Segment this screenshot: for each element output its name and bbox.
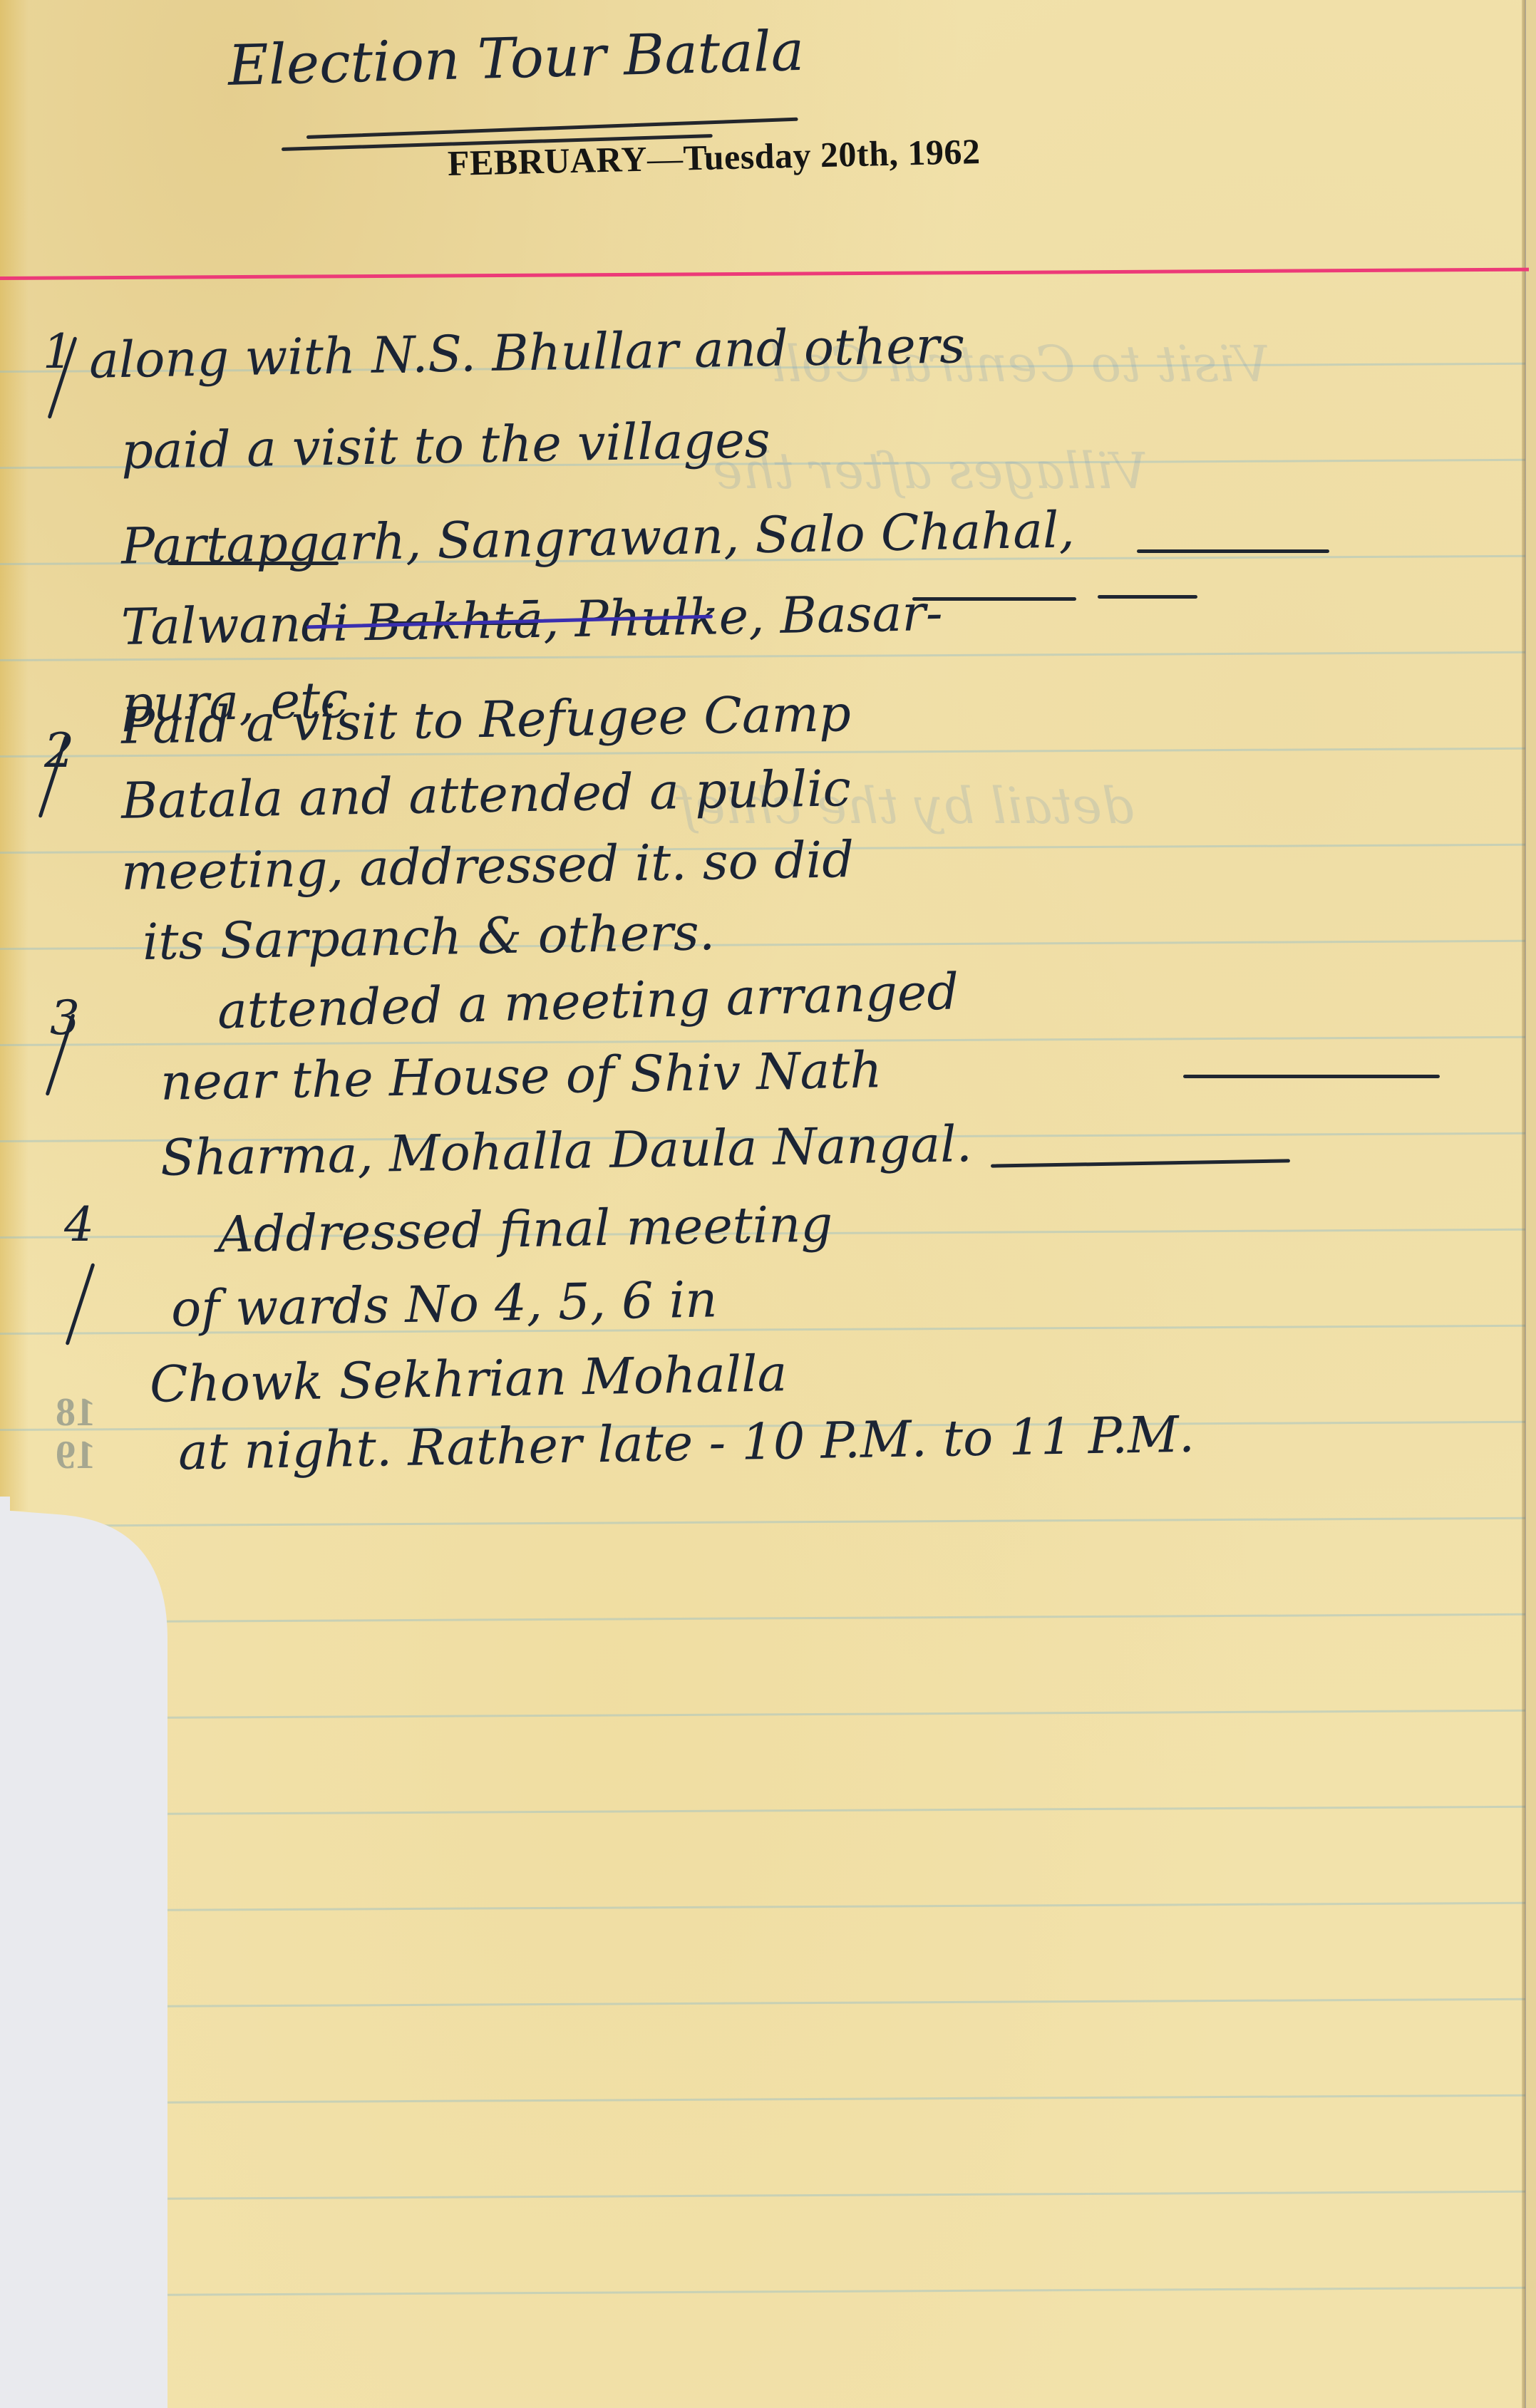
ruled-line [0,1613,1525,1623]
underline-phulke [912,597,1076,601]
entry-1-line-1: along with N.S. Bhullar and others [88,320,965,385]
underline-shiv-nath [1183,1075,1440,1078]
entry-3-line-3: Sharma, Mohalla Daula Nangal. [160,1119,972,1183]
date-weekday: Tuesday 20th, 1962 [683,131,981,177]
reverse-page-number: 19 [56,1432,96,1478]
ruled-line [0,1998,1525,2008]
ruled-line [0,1902,1525,1912]
ruled-line [0,2287,1525,2297]
entry-2-line-2: Batala and attended a public [120,763,851,826]
entry-3-line-2: near the House of Shiv Nath [160,1045,882,1107]
underline-talwandi [167,562,339,565]
entry-2-line-4: its Sarpanch & others. [142,907,715,967]
entry-4-line-2: of wards No 4, 5, 6 in [170,1274,717,1333]
entry-number: 4 [64,1197,94,1252]
entry-2-line-1: Paid a visit to Refugee Camp [120,688,851,751]
page-edge-strip [1526,0,1536,2408]
scanned-diary-page: Visit to Central Coll Villages after the… [0,0,1536,2408]
ruled-line [0,1710,1525,1720]
ruled-line [0,1806,1525,1816]
ruled-line [0,2191,1525,2201]
date-separator: — [646,138,684,179]
underline-basar [1098,595,1197,599]
entry-4-line-3: Chowk Sekhrian Mohalla [149,1348,787,1410]
reverse-page-number: 18 [56,1390,96,1435]
ruled-line [0,1517,1525,1527]
reverse-side-bleed: Villages after the [713,442,1148,500]
underline-salo-chahal [1137,549,1329,553]
entry-4-line-1: Addressed final meeting [217,1199,833,1259]
ruled-line [0,2094,1525,2104]
entry-2-line-3: meeting, addressed it. so did [120,834,854,897]
date-month: FEBRUARY [447,139,647,183]
entry-1-line-2: paid a visit to the villages [120,415,770,476]
